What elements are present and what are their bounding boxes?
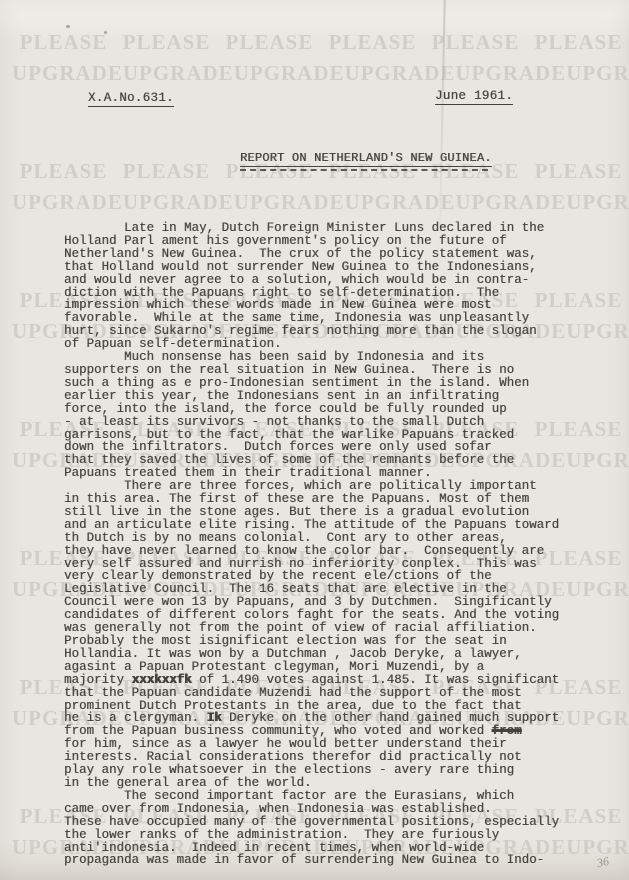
watermark-word: UPGRADE bbox=[455, 190, 566, 215]
paper-speck bbox=[104, 31, 107, 34]
watermark-word: UPGRADE bbox=[234, 61, 345, 86]
watermark-word: PLEASE bbox=[12, 159, 115, 184]
document-title: REPORT ON NETHERLAND'S NEW GUINEA. bbox=[240, 148, 492, 171]
watermark-word: UPGRADE bbox=[12, 61, 123, 86]
watermark-word: PLEASE bbox=[12, 30, 115, 55]
watermark-word: UPGRADE bbox=[566, 190, 629, 215]
watermark-word: UPGRADE bbox=[455, 61, 566, 86]
watermark-word: UPGRADE bbox=[234, 190, 345, 215]
handwritten-page-mark: 36 bbox=[596, 854, 611, 871]
watermark-word: UPGRADE bbox=[566, 577, 629, 602]
watermark-word: PLEASE bbox=[115, 159, 218, 184]
watermark-word: PLEASE bbox=[424, 30, 527, 55]
watermark-line: UPGRADEUPGRADEUPGRADEUPGRADEUPGRADEUPGRA… bbox=[12, 190, 629, 215]
watermark-word: PLEASE bbox=[321, 30, 424, 55]
title-underline bbox=[240, 169, 488, 171]
document-date: June 1961. bbox=[435, 89, 513, 105]
document-body-text: Late in May, Dutch Foreign Minister Luns… bbox=[64, 222, 559, 867]
watermark-word: UPGRADE bbox=[123, 190, 234, 215]
watermark-line: UPGRADEUPGRADEUPGRADEUPGRADEUPGRADEUPGRA… bbox=[12, 61, 629, 86]
watermark-word: UPGRADE bbox=[566, 706, 629, 731]
watermark-word: PLEASE bbox=[527, 30, 629, 55]
watermark-word: PLEASE bbox=[115, 30, 218, 55]
document-ref-number: X.A.No.631. bbox=[88, 91, 174, 107]
document-title-text: REPORT ON NETHERLAND'S NEW GUINEA. bbox=[240, 151, 492, 167]
paper-speck bbox=[66, 25, 70, 28]
scanned-document-page: PLEASEPLEASEPLEASEPLEASEPLEASEPLEASEUPGR… bbox=[0, 0, 629, 880]
watermark-word: UPGRADE bbox=[345, 61, 456, 86]
watermark-word: UPGRADE bbox=[123, 61, 234, 86]
watermark-word: PLEASE bbox=[218, 30, 321, 55]
watermark-word: PLEASE bbox=[527, 159, 629, 184]
watermark-word: UPGRADE bbox=[566, 319, 629, 344]
watermark-word: UPGRADE bbox=[566, 448, 629, 473]
watermark-word: UPGRADE bbox=[566, 61, 629, 86]
watermark-word: UPGRADE bbox=[12, 190, 123, 215]
